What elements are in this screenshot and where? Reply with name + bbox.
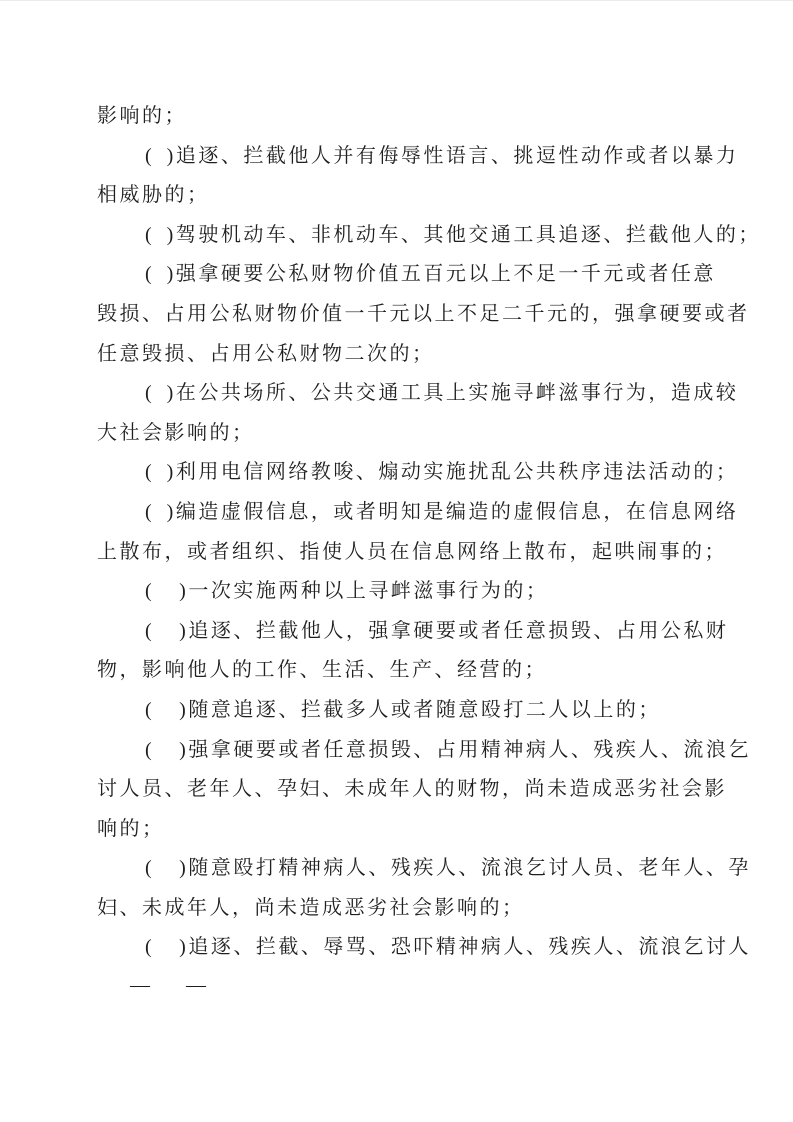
text-line: ( )强拿硬要或者任意损毁、占用精神病人、残疾人、流浪乞 [97, 731, 777, 771]
text-line: 妇、未成年人，尚未造成恶劣社会影响的； [97, 889, 777, 929]
text-line: ( )随意殴打精神病人、残疾人、流浪乞讨人员、老年人、孕 [97, 849, 777, 889]
text-line: 上散布，或者组织、指使人员在信息网络上散布，起哄闹事的； [97, 533, 777, 573]
text-line: ( )强拿硬要公私财物价值五百元以上不足一千元或者任意 [97, 255, 777, 295]
text-line: 相威胁的； [97, 176, 777, 216]
page-footer: —— [130, 973, 206, 997]
text-line: ( )驾驶机动车、非机动车、其他交通工具追逐、拦截他人的； [97, 216, 777, 256]
text-line: 影响的； [97, 97, 777, 137]
text-line: ( )追逐、拦截他人并有侮辱性语言、挑逗性动作或者以暴力 [97, 137, 777, 177]
text-line: 响的； [97, 810, 777, 850]
document-body: 影响的；( )追逐、拦截他人并有侮辱性语言、挑逗性动作或者以暴力相威胁的；( )… [97, 97, 777, 968]
text-line: ( )编造虚假信息，或者明知是编造的虚假信息，在信息网络 [97, 493, 777, 533]
text-line: ( )追逐、拦截、辱骂、恐吓精神病人、残疾人、流浪乞讨人 [97, 928, 777, 968]
text-line: 任意毁损、占用公私财物二次的； [97, 335, 777, 375]
text-line: 物，影响他人的工作、生活、生产、经营的； [97, 651, 777, 691]
text-line: 讨人员、老年人、孕妇、未成年人的财物，尚未造成恶劣社会影 [97, 770, 777, 810]
document-page: 影响的；( )追逐、拦截他人并有侮辱性语言、挑逗性动作或者以暴力相威胁的；( )… [0, 0, 793, 1122]
text-line: ( )在公共场所、公共交通工具上实施寻衅滋事行为，造成较 [97, 374, 777, 414]
footer-dash-right-icon: — [186, 974, 206, 996]
footer-dash-left-icon: — [130, 974, 150, 996]
text-line: ( )随意追逐、拦截多人或者随意殴打二人以上的； [97, 691, 777, 731]
text-line: 大社会影响的； [97, 414, 777, 454]
text-line: ( )追逐、拦截他人，强拿硬要或者任意损毁、占用公私财 [97, 612, 777, 652]
text-line: ( )利用电信网络教唆、煽动实施扰乱公共秩序违法活动的； [97, 453, 777, 493]
text-line: ( )一次实施两种以上寻衅滋事行为的； [97, 572, 777, 612]
text-line: 毁损、占用公私财物价值一千元以上不足二千元的，强拿硬要或者 [97, 295, 777, 335]
